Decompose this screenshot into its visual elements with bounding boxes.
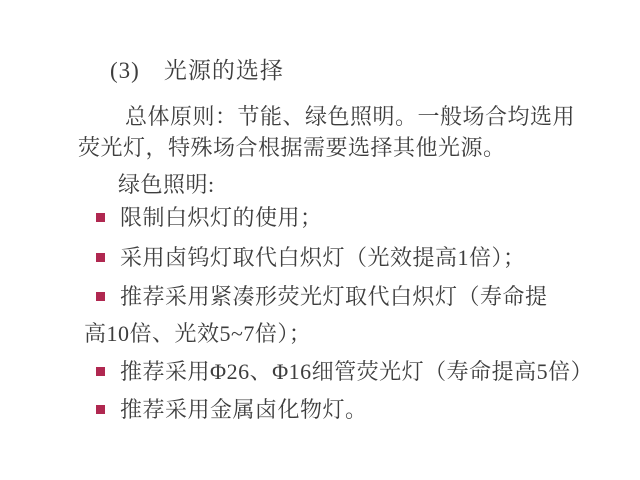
paragraph-line-1: 总体原则：节能、绿色照明。一般场合均选用 [125,104,575,130]
bullet-item-3-continuation: 高10倍、光效5~7倍）； [84,321,311,347]
section-label: 绿色照明: [118,172,215,198]
presentation-slide: (3) 光源的选择 总体原则：节能、绿色照明。一般场合均选用 荧光灯，特殊场合根… [0,0,640,480]
bullet-item-1: 限制白炽灯的使用； [96,205,323,231]
bullet-item-2: 采用卤钨灯取代白炽灯（光效提高1倍）； [96,245,526,271]
slide-title: (3) 光源的选择 [110,57,284,85]
paragraph-line-2: 荧光灯，特殊场合根据需要选择其他光源。 [78,135,506,161]
bullet-text: 采用卤钨灯取代白炽灯（光效提高1倍）； [120,245,526,271]
bullet-text: 推荐采用Φ26、Φ16细管荧光灯（寿命提高5倍） [120,359,593,385]
bullet-text: 限制白炽灯的使用； [120,205,323,231]
bullet-item-5: 推荐采用金属卤化物灯。 [96,397,368,423]
bullet-square-icon [96,367,105,376]
bullet-square-icon [96,292,105,301]
bullet-item-3: 推荐采用紧凑形荧光灯取代白炽灯（寿命提 [96,284,548,310]
bullet-square-icon [96,405,105,414]
bullet-item-4: 推荐采用Φ26、Φ16细管荧光灯（寿命提高5倍） [96,359,593,385]
bullet-text: 推荐采用金属卤化物灯。 [120,397,368,423]
bullet-square-icon [96,213,105,222]
bullet-square-icon [96,253,105,262]
bullet-text: 推荐采用紧凑形荧光灯取代白炽灯（寿命提 [120,284,548,310]
